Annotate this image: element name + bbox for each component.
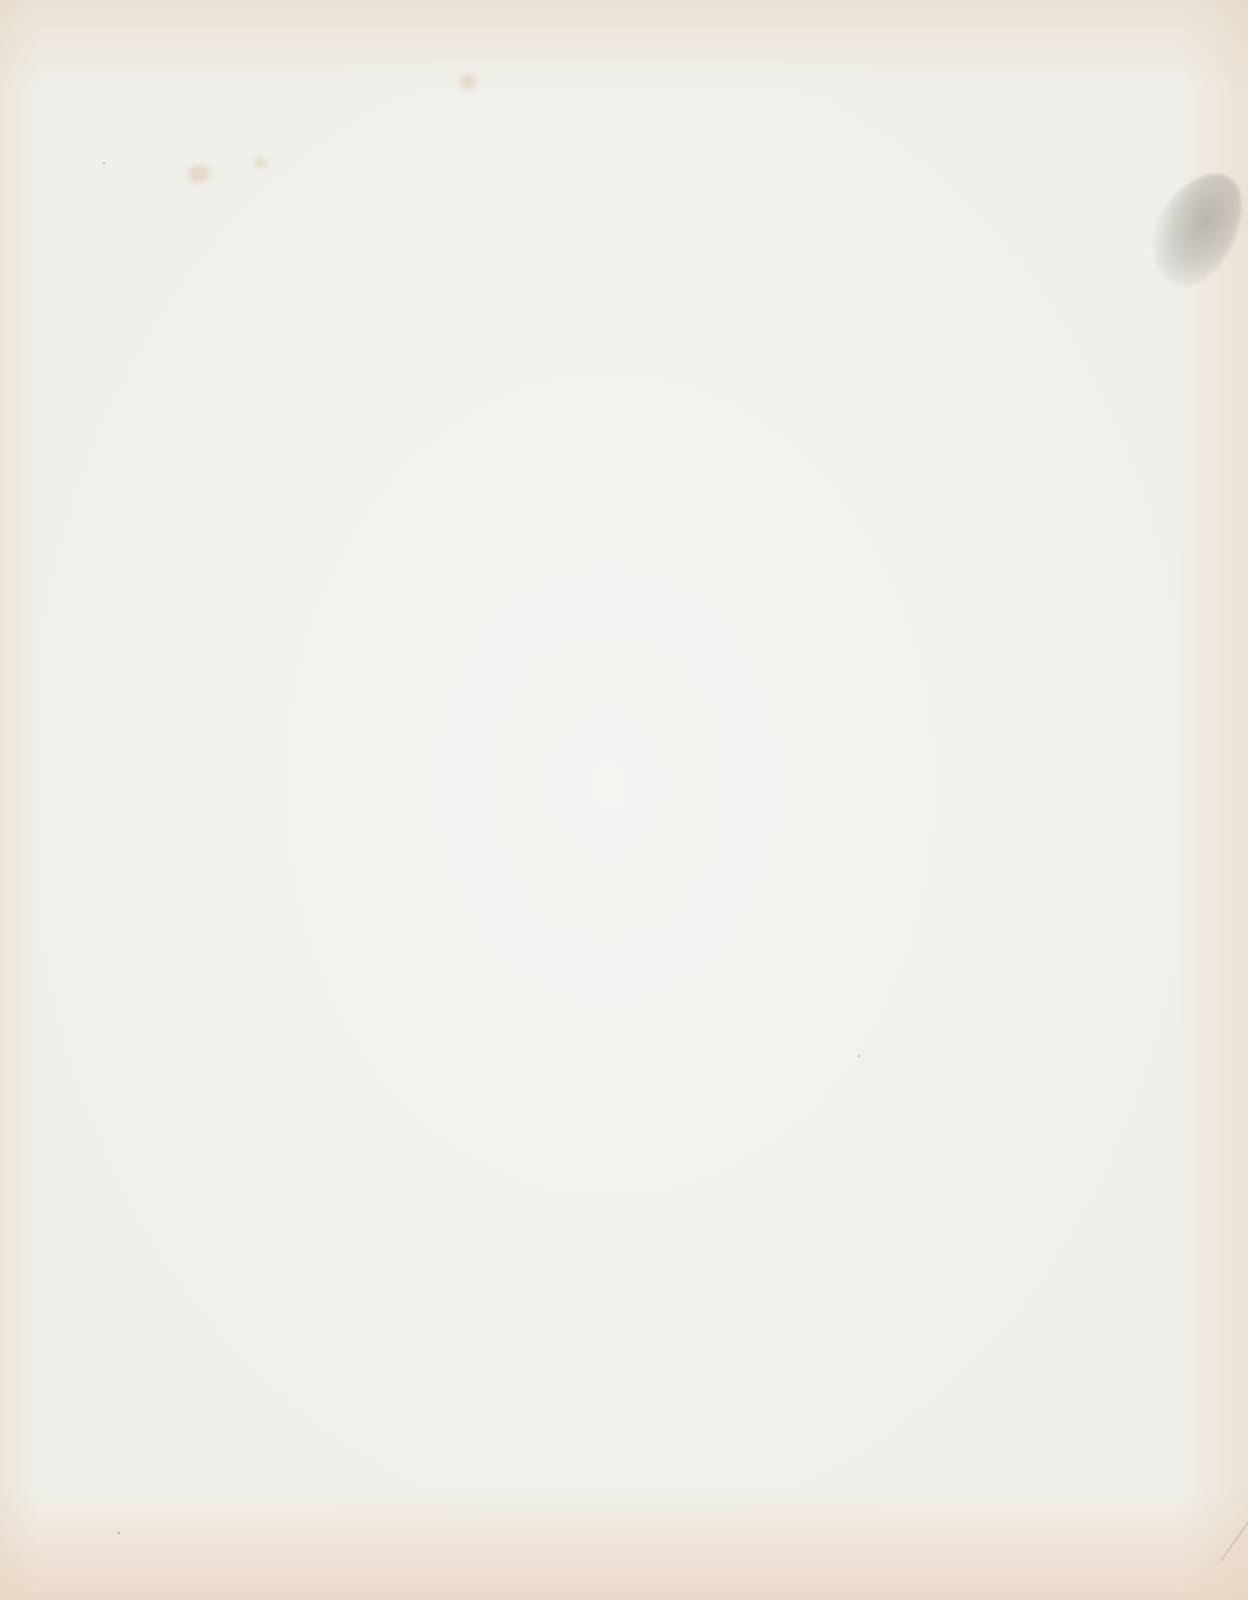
dust-speck [858, 1055, 860, 1057]
foxing-stain [255, 158, 267, 168]
dust-speck [118, 1532, 120, 1534]
dust-speck [103, 162, 105, 164]
paper-surface [40, 60, 1178, 1510]
blank-document-page [0, 0, 1248, 1600]
fingerprint-smudge [1134, 157, 1248, 300]
foxing-stain [188, 165, 210, 183]
foxing-stain [460, 75, 476, 89]
edge-crease [1220, 1520, 1248, 1562]
